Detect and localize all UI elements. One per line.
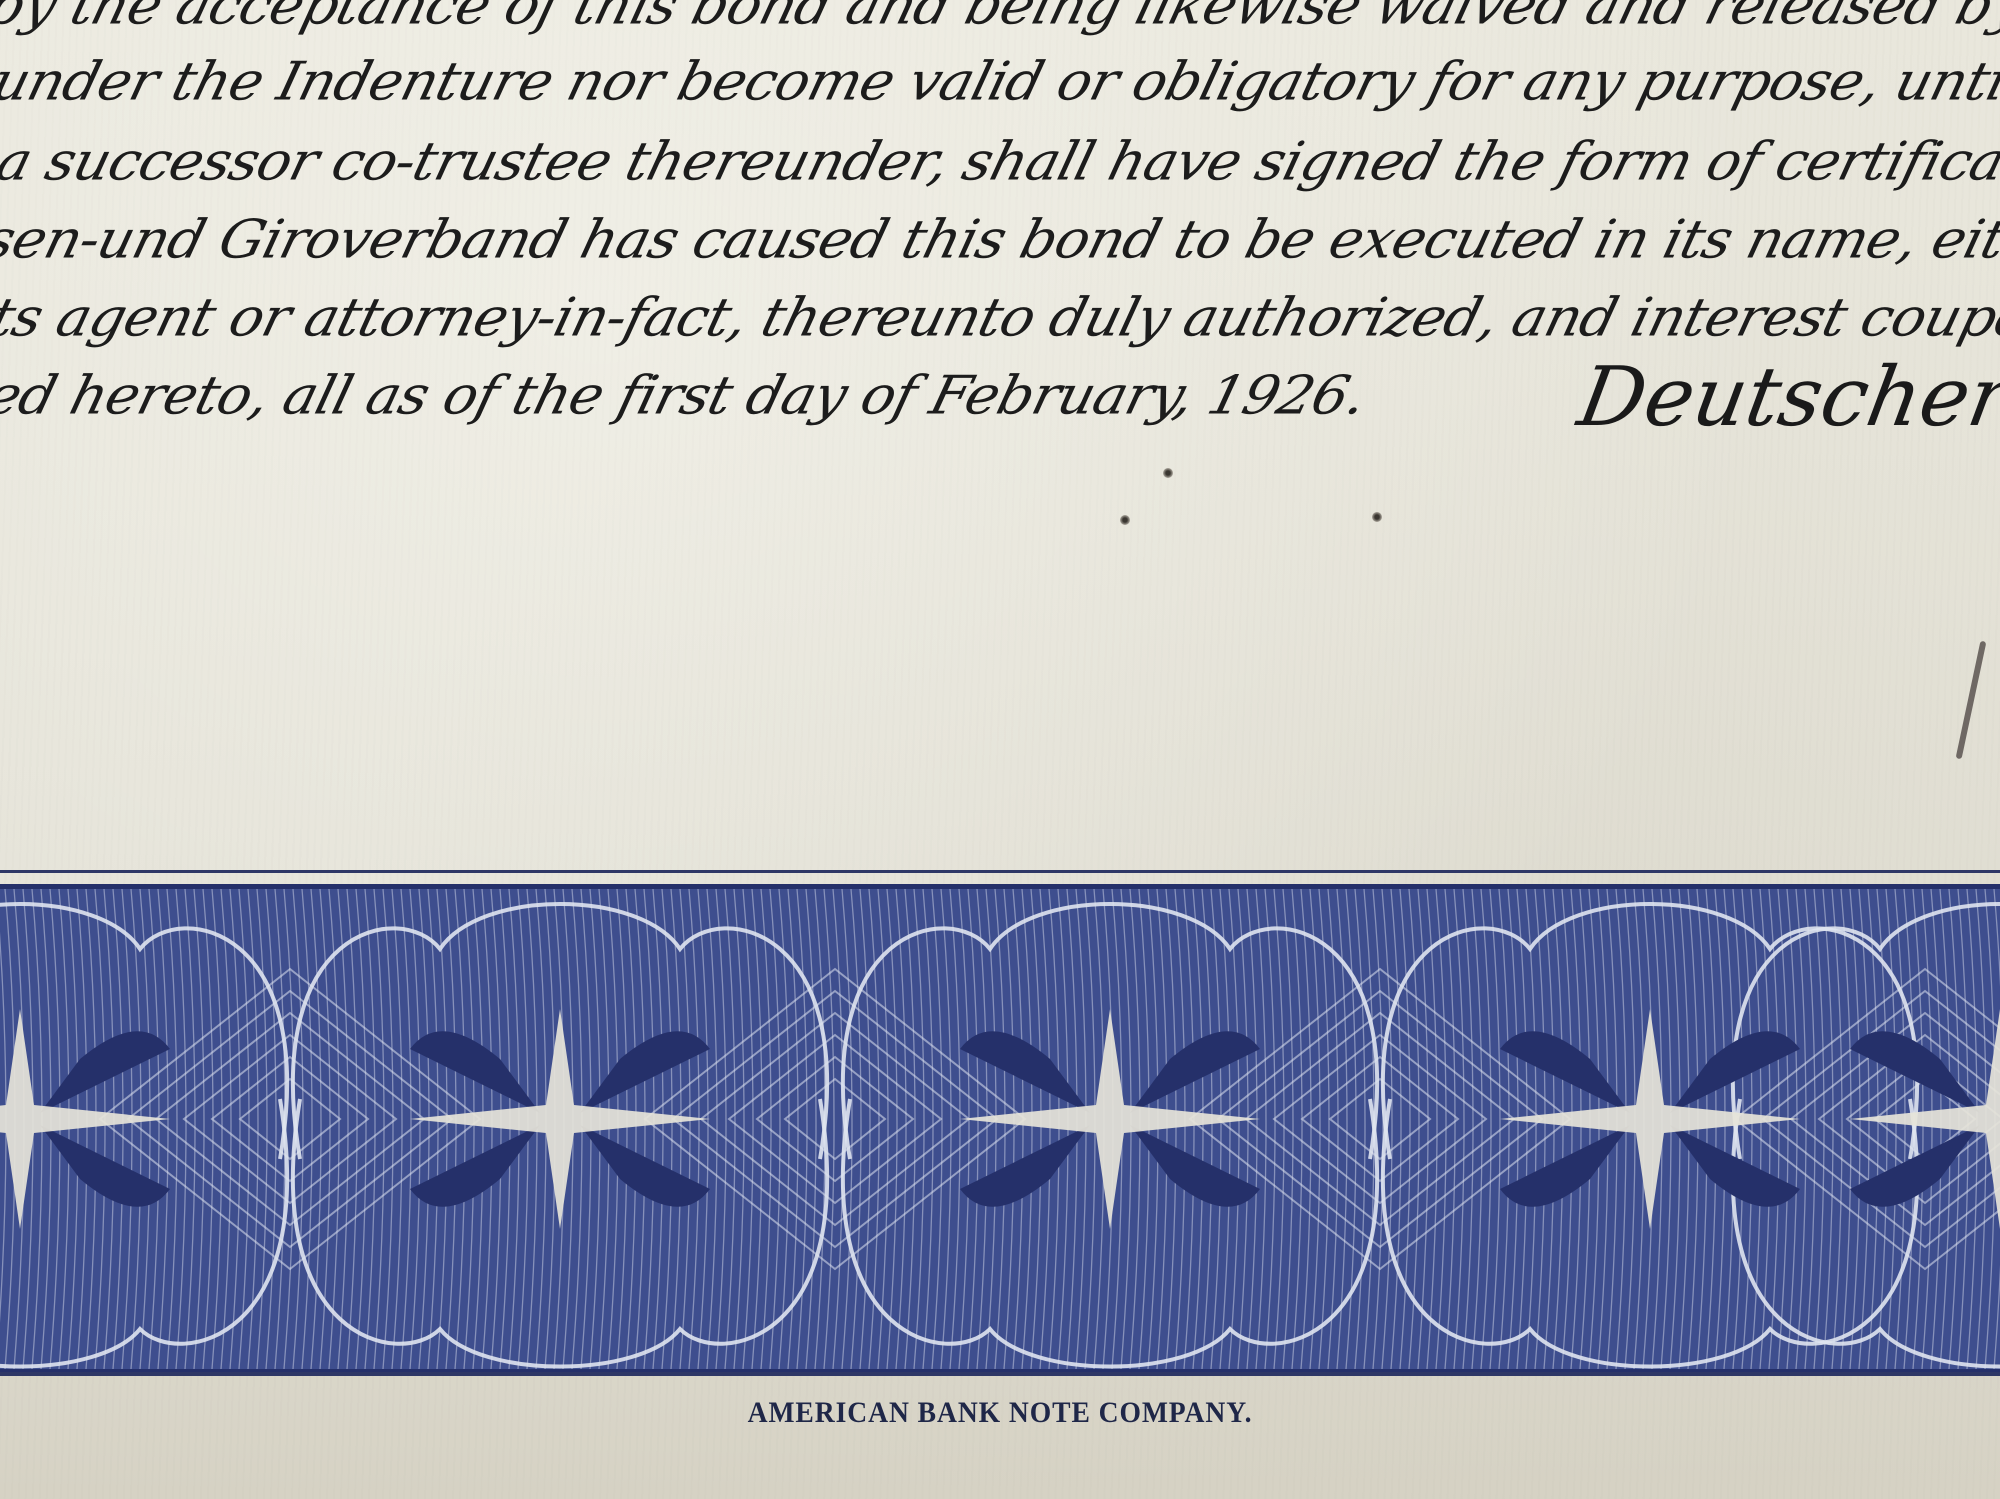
punch-hole <box>1163 468 1173 478</box>
body-line-6-date: ed hereto, all as of the first day of Fe… <box>0 365 1372 427</box>
body-line-3: a successor co-trustee thereunder, shall… <box>0 131 2000 193</box>
border-rule-bottom <box>0 1372 2000 1376</box>
body-line-1: by the acceptance of this bond and being… <box>0 0 2000 37</box>
border-rule-top <box>0 870 2000 873</box>
body-line-5: ts agent or attorney-in-fact, thereunto … <box>0 287 2000 349</box>
handwritten-signature-mark <box>1956 641 1987 760</box>
issuer-name-heading: Deutscher <box>1572 350 2000 445</box>
punch-hole <box>1372 512 1382 522</box>
printer-imprint: AMERICAN BANK NOTE COMPANY. <box>80 1396 1920 1430</box>
guilloche-pattern-icon <box>0 889 2000 1369</box>
body-line-2: under the Indenture nor become valid or … <box>0 51 2000 113</box>
guilloche-border <box>0 884 2000 1375</box>
body-line-4: sen-und Giroverband has caused this bond… <box>0 209 2000 271</box>
punch-hole <box>1120 515 1130 525</box>
